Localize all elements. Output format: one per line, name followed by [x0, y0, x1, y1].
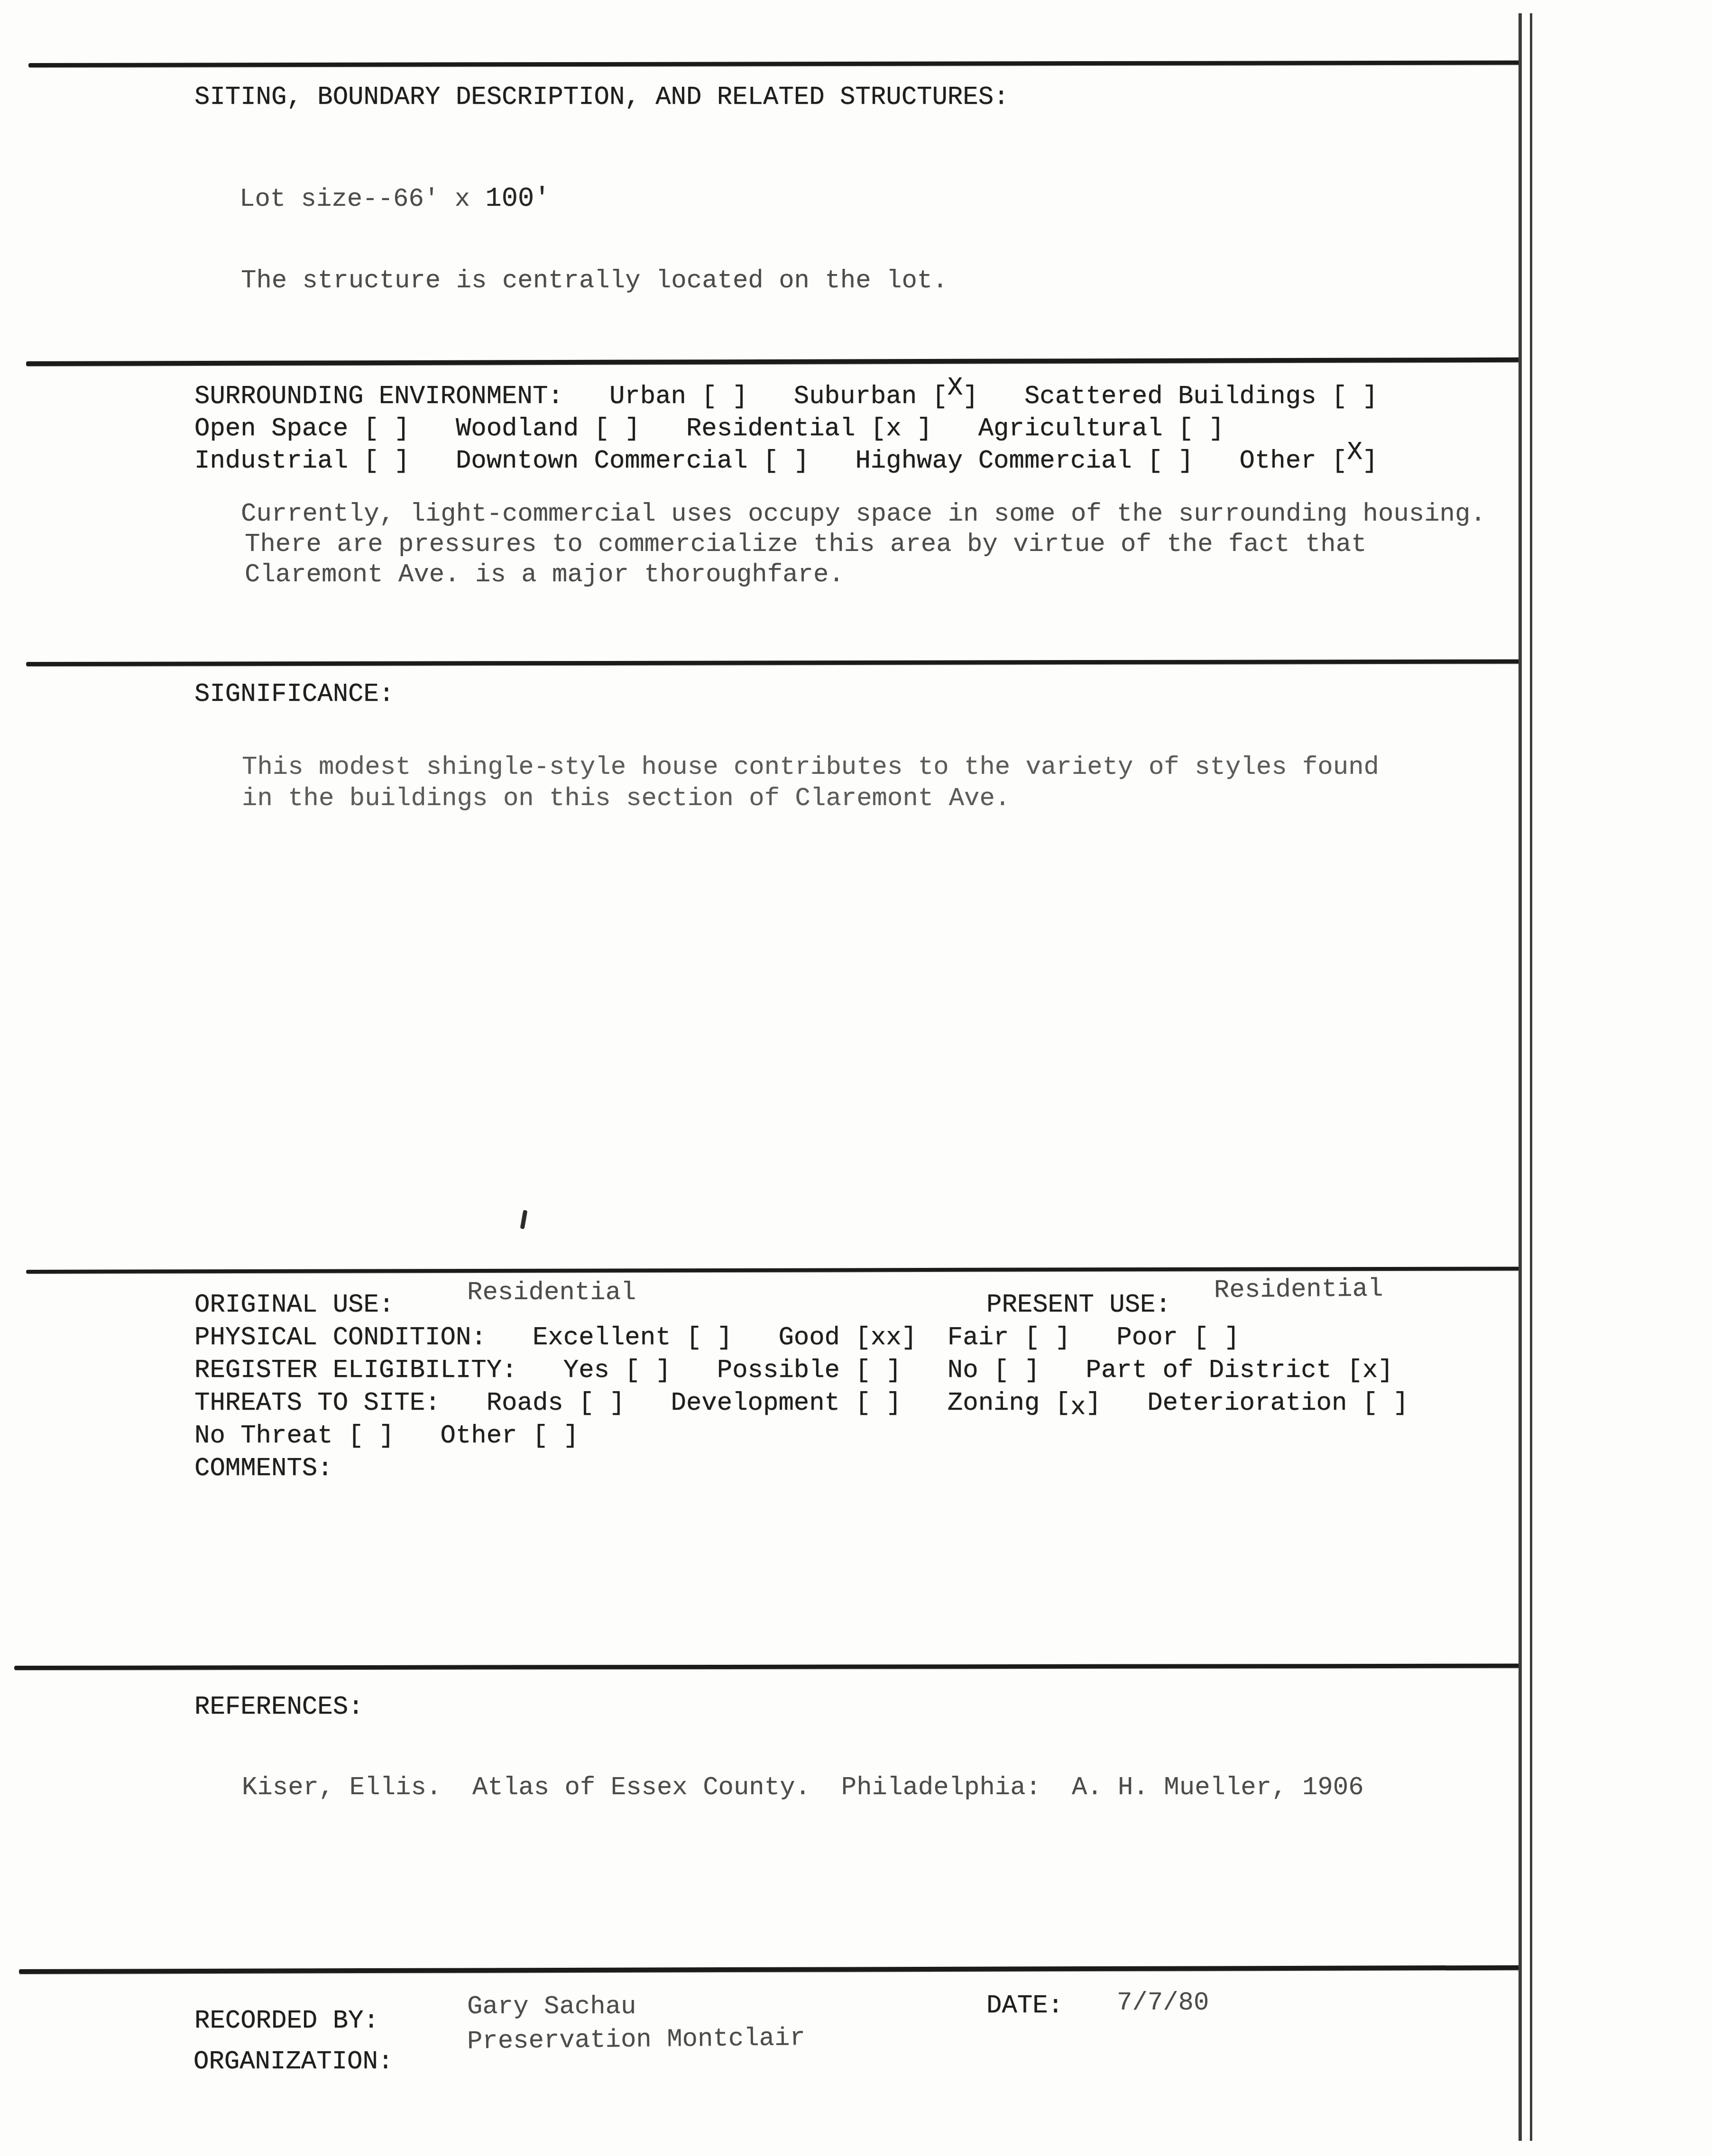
- text-segment: SURROUNDING ENVIRONMENT: Urban [ ] Subur…: [194, 382, 948, 411]
- environment-options-line-3: Industrial [ ] Downtown Commercial [ ] H…: [194, 447, 1378, 476]
- text-segment: PHYSICAL CONDITION: Excellent [ ] Good […: [194, 1323, 1240, 1352]
- text-segment: ] Scattered Buildings [ ]: [963, 382, 1378, 411]
- survey-form-page: SITING, BOUNDARY DESCRIPTION, AND RELATE…: [0, 0, 1712, 2156]
- environment-note-line-2: There are pressures to commercialize thi…: [245, 530, 1367, 560]
- text-segment: Open Space [ ] Woodland [ ] Residential …: [194, 414, 1224, 443]
- organization-value: Preservation Montclair: [467, 2024, 806, 2057]
- text-segment: No Threat [ ] Other [ ]: [194, 1422, 579, 1450]
- text-segment: ]: [1362, 447, 1378, 476]
- checkbox-x-mark: X: [1347, 438, 1362, 467]
- original-use-label: ORIGINAL USE:: [194, 1291, 394, 1320]
- text-segment: ] Deterioration [ ]: [1086, 1389, 1409, 1418]
- text-segment: Industrial [ ] Downtown Commercial [ ] H…: [194, 447, 1347, 476]
- stray-pen-mark: [520, 1210, 528, 1229]
- comments-label: COMMENTS:: [194, 1454, 333, 1484]
- lot-size-value: Lot size--66' x 100': [239, 184, 550, 215]
- reference-citation: Kiser, Ellis. Atlas of Essex County. Phi…: [242, 1773, 1364, 1803]
- recorded-by-value: Gary Sachau: [467, 1992, 636, 2022]
- environment-options-line-2: Open Space [ ] Woodland [ ] Residential …: [194, 414, 1224, 444]
- no-threat-line: No Threat [ ] Other [ ]: [194, 1422, 579, 1451]
- section-divider-use: [26, 1266, 1520, 1274]
- environment-note-line-3: Claremont Ave. is a major thoroughfare.: [245, 560, 844, 590]
- binding-line-outer: [1519, 13, 1522, 2141]
- significance-line-1: This modest shingle-style house contribu…: [242, 753, 1379, 782]
- text-segment: 100': [485, 184, 550, 214]
- environment-options-line-1: SURROUNDING ENVIRONMENT: Urban [ ] Subur…: [194, 382, 1378, 412]
- text-segment: Lot size--66' x: [239, 185, 485, 214]
- threats-to-site-line: THREATS TO SITE: Roads [ ] Development […: [194, 1389, 1408, 1418]
- original-use-value: Residential: [467, 1278, 636, 1308]
- siting-section-heading: SITING, BOUNDARY DESCRIPTION, AND RELATE…: [194, 83, 1009, 112]
- checkbox-x-mark: X: [948, 374, 963, 403]
- date-label: DATE:: [986, 1991, 1063, 2021]
- present-use-value: Residential: [1214, 1275, 1383, 1305]
- section-divider-top: [28, 61, 1520, 67]
- text-segment: THREATS TO SITE: Roads [ ] Development […: [194, 1389, 1070, 1418]
- text-segment: REGISTER ELIGIBILITY: Yes [ ] Possible […: [194, 1356, 1393, 1385]
- references-section-heading: REFERENCES:: [194, 1693, 363, 1722]
- section-divider-environment: [26, 358, 1520, 366]
- environment-note-line-1: Currently, light-commercial uses occupy …: [241, 500, 1486, 529]
- checkbox-x-mark: x: [1070, 1393, 1086, 1422]
- significance-section-heading: SIGNIFICANCE:: [194, 680, 394, 709]
- section-divider-footer: [19, 1965, 1520, 1974]
- section-divider-significance: [26, 660, 1520, 666]
- physical-condition-line: PHYSICAL CONDITION: Excellent [ ] Good […: [194, 1323, 1240, 1353]
- organization-label: ORGANIZATION:: [193, 2047, 393, 2077]
- present-use-label: PRESENT USE:: [986, 1291, 1171, 1320]
- binding-line-inner: [1530, 13, 1532, 2141]
- section-divider-references: [14, 1664, 1520, 1670]
- register-eligibility-line: REGISTER ELIGIBILITY: Yes [ ] Possible […: [194, 1356, 1393, 1385]
- recorded-by-label: RECORDED BY:: [194, 2007, 379, 2036]
- siting-note: The structure is centrally located on th…: [241, 266, 948, 296]
- significance-line-2: in the buildings on this section of Clar…: [242, 784, 1010, 814]
- date-value: 7/7/80: [1117, 1989, 1209, 2018]
